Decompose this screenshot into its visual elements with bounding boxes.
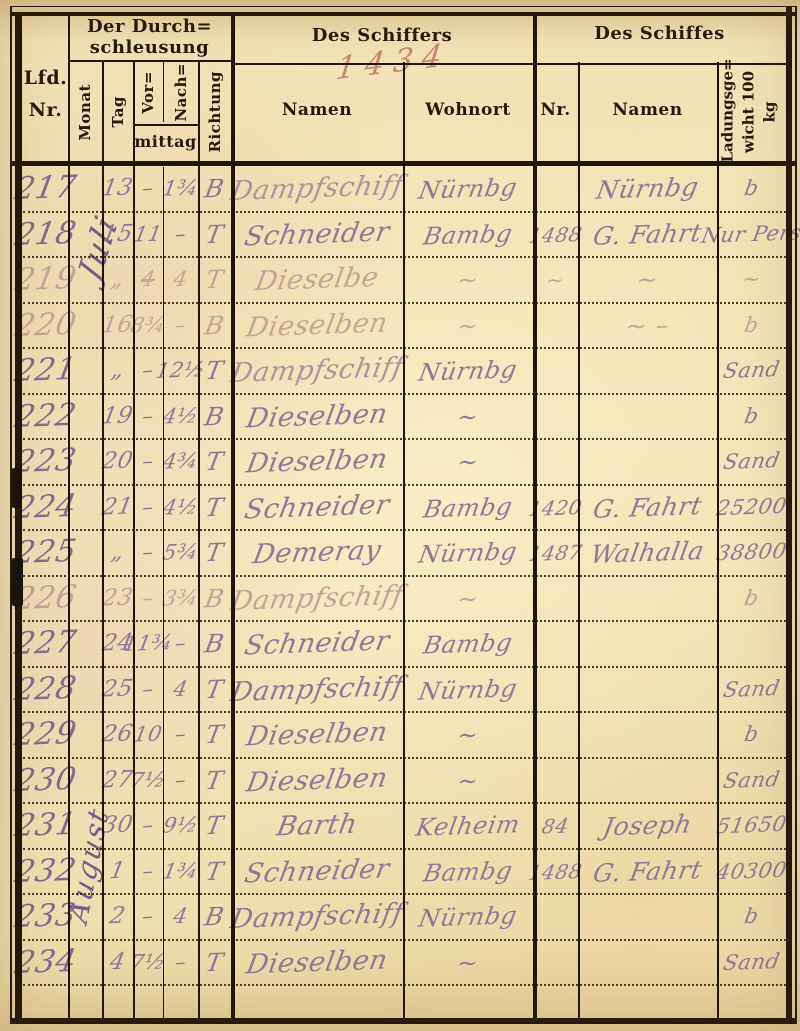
cell-wo: ~ [399,938,538,986]
grid-line [68,60,231,62]
grid-line [717,62,719,1018]
col-header-nachmittag: Nach= [163,62,198,122]
cell-sn: Dampfschiff [227,574,408,623]
table-row: 23447½–TDieselben~Sand [23,941,786,987]
cell-sn2 [574,392,722,440]
col-header-monat: Monat [68,62,102,162]
grid-line [795,6,797,1024]
grid-line [10,6,796,7]
cell-wo: Nürnbg [399,529,538,577]
cell-sn: Dieselben [227,437,408,486]
cell-la: Sand [713,666,790,712]
cell-sn: Dampfschiff [227,164,408,213]
cell-sn: Schneider [227,619,408,668]
cell-sn: Dieselben [227,301,408,350]
cell-sn: Barth [227,801,408,850]
cell-sn2: G. Fahrt [574,210,722,258]
cell-la: Sand [713,439,790,485]
cell-wo: ~ [399,392,538,440]
register-page: Lfd. Nr. Der Durch= schleusung Des Schif… [0,0,800,1031]
scan-artifact [12,558,23,606]
cell-wo: Bambg [399,620,538,668]
cell-sn: Schneider [227,483,408,532]
richtung-label: Richtung [206,71,224,152]
cell-sn2: G. Fahrt [574,847,722,895]
cell-nr: 233 [19,894,72,939]
table-row: 219„44TDieselbe~~~~ [23,258,786,304]
table-row: 21713–1¾BDampfschiffNürnbgNürnbgb [23,167,786,213]
durchschleusung-title-line1: Der Durch= [68,17,231,38]
header-bottom [10,161,796,166]
cell-wo: Kelheim [399,802,538,850]
table-row: 22421–4½TSchneiderBambg1420G. Fahrt25200 [23,486,786,532]
table-row: 2272411¾–BSchneiderBambg [23,622,786,668]
cell-sn: Dampfschiff [227,346,408,395]
cell-nr: 229 [19,712,72,757]
table-row: 22219–4½BDieselben~b [23,395,786,441]
cell-sn: Dieselben [227,392,408,441]
cell-wo: ~ [399,756,538,804]
durchschleusung-title-line2: schleusung [68,38,231,59]
col-header-schiffer-namen: Namen [231,100,403,120]
col-header-schiff-namen: Namen [578,100,717,120]
cell-sn: Dieselben [227,756,408,805]
group-durchschleusung-title: Der Durch= schleusung [68,17,231,58]
lfd-label-line2: Nr. [23,94,68,126]
table-row: 220168¾–BDieselben~~ –b [23,304,786,350]
cell-nr: 223 [19,439,72,484]
cell-sn2: ~ – [574,301,722,349]
vor-label: Vor= [139,71,157,114]
scan-artifact [12,468,22,508]
cell-sn2 [574,893,722,941]
cell-la: b [713,575,790,621]
cell-wo: Nürnbg [399,347,538,395]
cell-nr2 [529,940,582,985]
cell-la: Sand [713,939,790,985]
cell-sn2 [574,938,722,986]
cell-nr: 228 [19,667,72,712]
grid-line [10,6,12,1024]
cell-sn2 [574,620,722,668]
cell-la: b [713,712,790,758]
cell-sn2: ~ [574,256,722,304]
col-header-ladungsgewicht: Ladungsge= wicht 100 kg [717,62,786,162]
cell-la: Sand [713,348,790,394]
nach-label: Nach= [172,63,190,122]
cell-nr: 227 [19,621,72,666]
cell-la: 40300 [713,848,790,894]
cell-la: b [713,302,790,348]
cell-nr: 234 [19,940,72,985]
cell-nr: 221 [19,348,72,393]
cell-nr2 [529,667,582,712]
cell-sn: Dampfschiff [227,892,408,941]
cell-la: Sand [713,757,790,803]
cell-nr: 231 [19,803,72,848]
cell-wo: ~ [399,256,538,304]
lfd-nr-header: Lfd. Nr. [23,62,68,127]
cell-wo: Nürnbg [399,165,538,213]
cell-wo: Nürnbg [399,893,538,941]
cell-sn: Dieselbe [227,255,408,304]
cell-sn2: Walhalla [574,529,722,577]
cell-sn: Schneider [227,847,408,896]
cell-nr2 [529,303,582,348]
cell-nr: 220 [19,303,72,348]
cell-nr2: 1488 [529,849,582,894]
grid-line [578,62,580,1018]
grid-line [133,124,198,126]
col-header-schiff-nr: Nr. [533,100,578,120]
table-row: 230277½–TDieselben~Sand [23,759,786,805]
table-row: 2292610–TDieselben~b [23,713,786,759]
cell-nr: 226 [19,576,72,621]
cell-sn2: Nürnbg [574,165,722,213]
cell-sn2: Joseph [574,802,722,850]
tag-label: Tag [109,96,127,127]
cell-la: b [713,166,790,212]
table-row: 221„–12½TDampfschiffNürnbgSand [23,349,786,395]
cell-nr2 [529,758,582,803]
cell-nr2: 1420 [529,485,582,530]
cell-la: ~ [713,257,790,303]
cell-sn2 [574,711,722,759]
cell-la: Nur Pers [713,211,790,257]
grid-line [163,60,164,122]
col-header-wohnort: Wohnort [403,100,533,120]
col-header-vormittag: Vor= [133,62,163,122]
bottom-border [10,1018,796,1024]
cell-nr: 222 [19,394,72,439]
ladung-label-line2: wicht 100 kg [739,62,781,163]
cell-nr2: 1488 [529,212,582,257]
ladung-label-line1: Ladungsge= [718,62,739,163]
cell-sn2 [574,665,722,713]
grid-line [198,60,200,1018]
right-border [786,6,792,1024]
cell-nr: 224 [19,485,72,530]
col-header-mittag: mittag [133,132,198,151]
col-header-tag: Tag [102,62,133,162]
cell-sn: Demeray [227,528,408,577]
grid-line [102,60,104,1018]
grid-line [403,62,405,1018]
cell-wo: Bambg [399,483,538,531]
monat-label: Monat [76,84,94,141]
cell-nr: 230 [19,758,72,803]
lfd-label-line1: Lfd. [23,62,68,94]
cell-sn: Dieselben [227,710,408,759]
cell-nr: 217 [19,166,72,211]
cell-nr: 218 [19,212,72,257]
table-row: 2181511–TSchneiderBambg1488G. FahrtNur P… [23,213,786,259]
cell-wo: ~ [399,711,538,759]
cell-la: 38800 [713,530,790,576]
col-header-richtung: Richtung [198,62,231,162]
cell-la [713,621,790,667]
cell-nr: 232 [19,849,72,894]
table-row: 22320–4¾TDieselben~Sand [23,440,786,486]
cell-la: 25200 [713,484,790,530]
top-border [10,12,796,16]
table-row: 2332–4BDampfschiffNürnbgb [23,895,786,941]
cell-sn2 [574,347,722,395]
cell-sn2 [574,756,722,804]
cell-sn2: G. Fahrt [574,483,722,531]
cell-la: b [713,894,790,940]
cell-sn: Dampfschiff [227,665,408,714]
cell-wo: ~ [399,574,538,622]
cell-sn2 [574,574,722,622]
cell-wo: Nürnbg [399,665,538,713]
cell-wo: Bambg [399,210,538,258]
cell-nr: 219 [19,257,72,302]
cell-nr: 225 [19,530,72,575]
grid-line [231,63,533,65]
cell-wo: Bambg [399,847,538,895]
table-row: 22825–4TDampfschiffNürnbgSand [23,668,786,714]
cell-wo: ~ [399,301,538,349]
cell-sn: Dieselben [227,938,408,987]
cell-la: 51650 [713,803,790,849]
group-schiff-title: Des Schiffes [533,24,786,45]
table-row: 225„–5¾TDemerayNürnbg1487Walhalla38800 [23,531,786,577]
grid-line [533,63,786,65]
cell-sn: Schneider [227,210,408,259]
cell-sn2 [574,438,722,486]
table-row: 22623–3¾BDampfschiff~b [23,577,786,623]
table-row: 23130–9½TBarthKelheim84Joseph51650 [23,804,786,850]
cell-wo: ~ [399,438,538,486]
cell-la: b [713,393,790,439]
grid-line [133,60,135,1018]
cell-nr2 [529,394,582,439]
group-schiffer-title: Des Schiffers [231,26,533,47]
grid-line [163,167,164,1018]
table-row: 2321–1¾TSchneiderBambg1488G. Fahrt40300 [23,850,786,896]
cell-nr2 [529,576,582,621]
